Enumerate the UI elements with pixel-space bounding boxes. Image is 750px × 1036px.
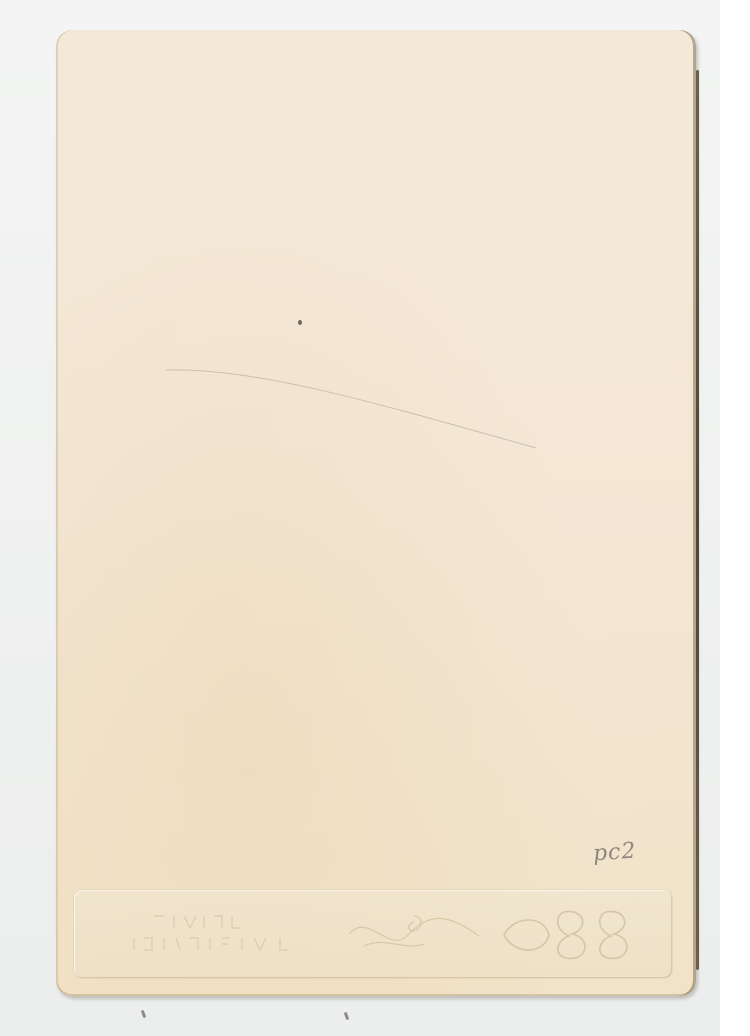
surface-scratch <box>166 360 536 450</box>
embossed-photographer-text <box>114 908 354 958</box>
card-edge-shadow <box>696 70 699 970</box>
emboss-letterforms <box>114 908 354 958</box>
scanner-margin <box>720 0 750 1036</box>
cabinet-card-back: pc2 <box>56 30 696 996</box>
dirt-speck <box>298 320 302 325</box>
embossed-imprint-panel <box>74 890 672 978</box>
emboss-flourish <box>344 906 484 962</box>
pencil-inscription: pc2 <box>592 839 637 867</box>
emboss-monogram <box>494 900 654 970</box>
